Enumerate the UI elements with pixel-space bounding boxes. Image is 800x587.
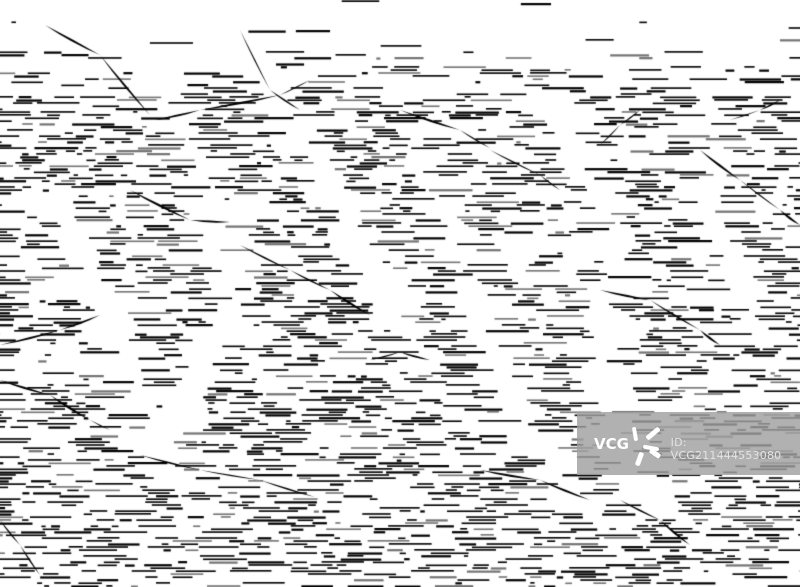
watermark: VCG ID: VCG211444553080 xyxy=(577,412,800,475)
watermark-brand: VCG xyxy=(594,435,629,453)
grunge-texture xyxy=(0,0,800,587)
watermark-id: ID: VCG211444553080 xyxy=(671,436,800,462)
vcg-burst-logo-icon xyxy=(631,419,667,469)
